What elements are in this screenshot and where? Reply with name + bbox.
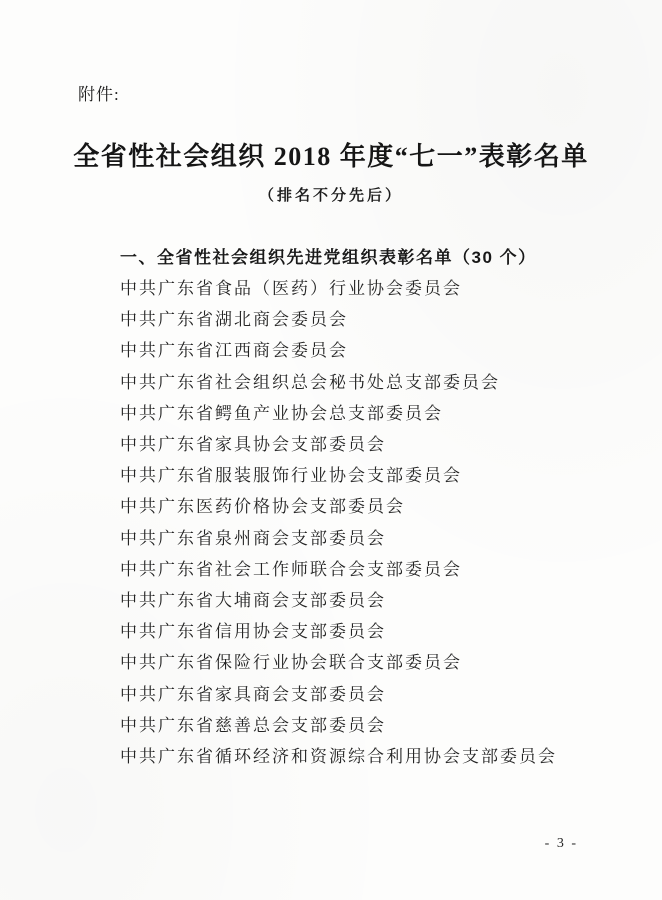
section-heading: 一、全省性社会组织先进党组织表彰名单（30 个） [120,243,537,268]
list-item: 中共广东省循环经济和资源综合利用协会支部委员会 [120,741,602,772]
document-page: 附件: 全省性社会组织 2018 年度“七一”表彰名单 （排名不分先后） 一、全… [0,0,662,900]
attachment-label: 附件: [78,80,120,105]
list-item: 中共广东省服装服饰行业协会支部委员会 [120,460,602,491]
list-item: 中共广东省江西商会委员会 [120,335,602,366]
document-title: 全省性社会组织 2018 年度“七一”表彰名单 [0,136,662,173]
organization-list: 中共广东省食品（医药）行业协会委员会 中共广东省湖北商会委员会 中共广东省江西商… [120,273,602,772]
list-item: 中共广东省食品（医药）行业协会委员会 [120,273,602,304]
list-item: 中共广东省家具协会支部委员会 [120,429,602,460]
list-item: 中共广东省保险行业协会联合支部委员会 [120,647,602,678]
list-item: 中共广东省信用协会支部委员会 [120,616,602,647]
list-item: 中共广东医药价格协会支部委员会 [120,491,602,522]
list-item: 中共广东省社会组织总会秘书处总支部委员会 [120,367,602,398]
document-subtitle: （排名不分先后） [0,184,662,205]
list-item: 中共广东省湖北商会委员会 [120,304,602,335]
list-item: 中共广东省大埔商会支部委员会 [120,585,602,616]
list-item: 中共广东省鳄鱼产业协会总支部委员会 [120,398,602,429]
list-item: 中共广东省家具商会支部委员会 [120,679,602,710]
page-number: - 3 - [545,836,578,852]
list-item: 中共广东省泉州商会支部委员会 [120,523,602,554]
list-item: 中共广东省社会工作师联合会支部委员会 [120,554,602,585]
list-item: 中共广东省慈善总会支部委员会 [120,710,602,741]
